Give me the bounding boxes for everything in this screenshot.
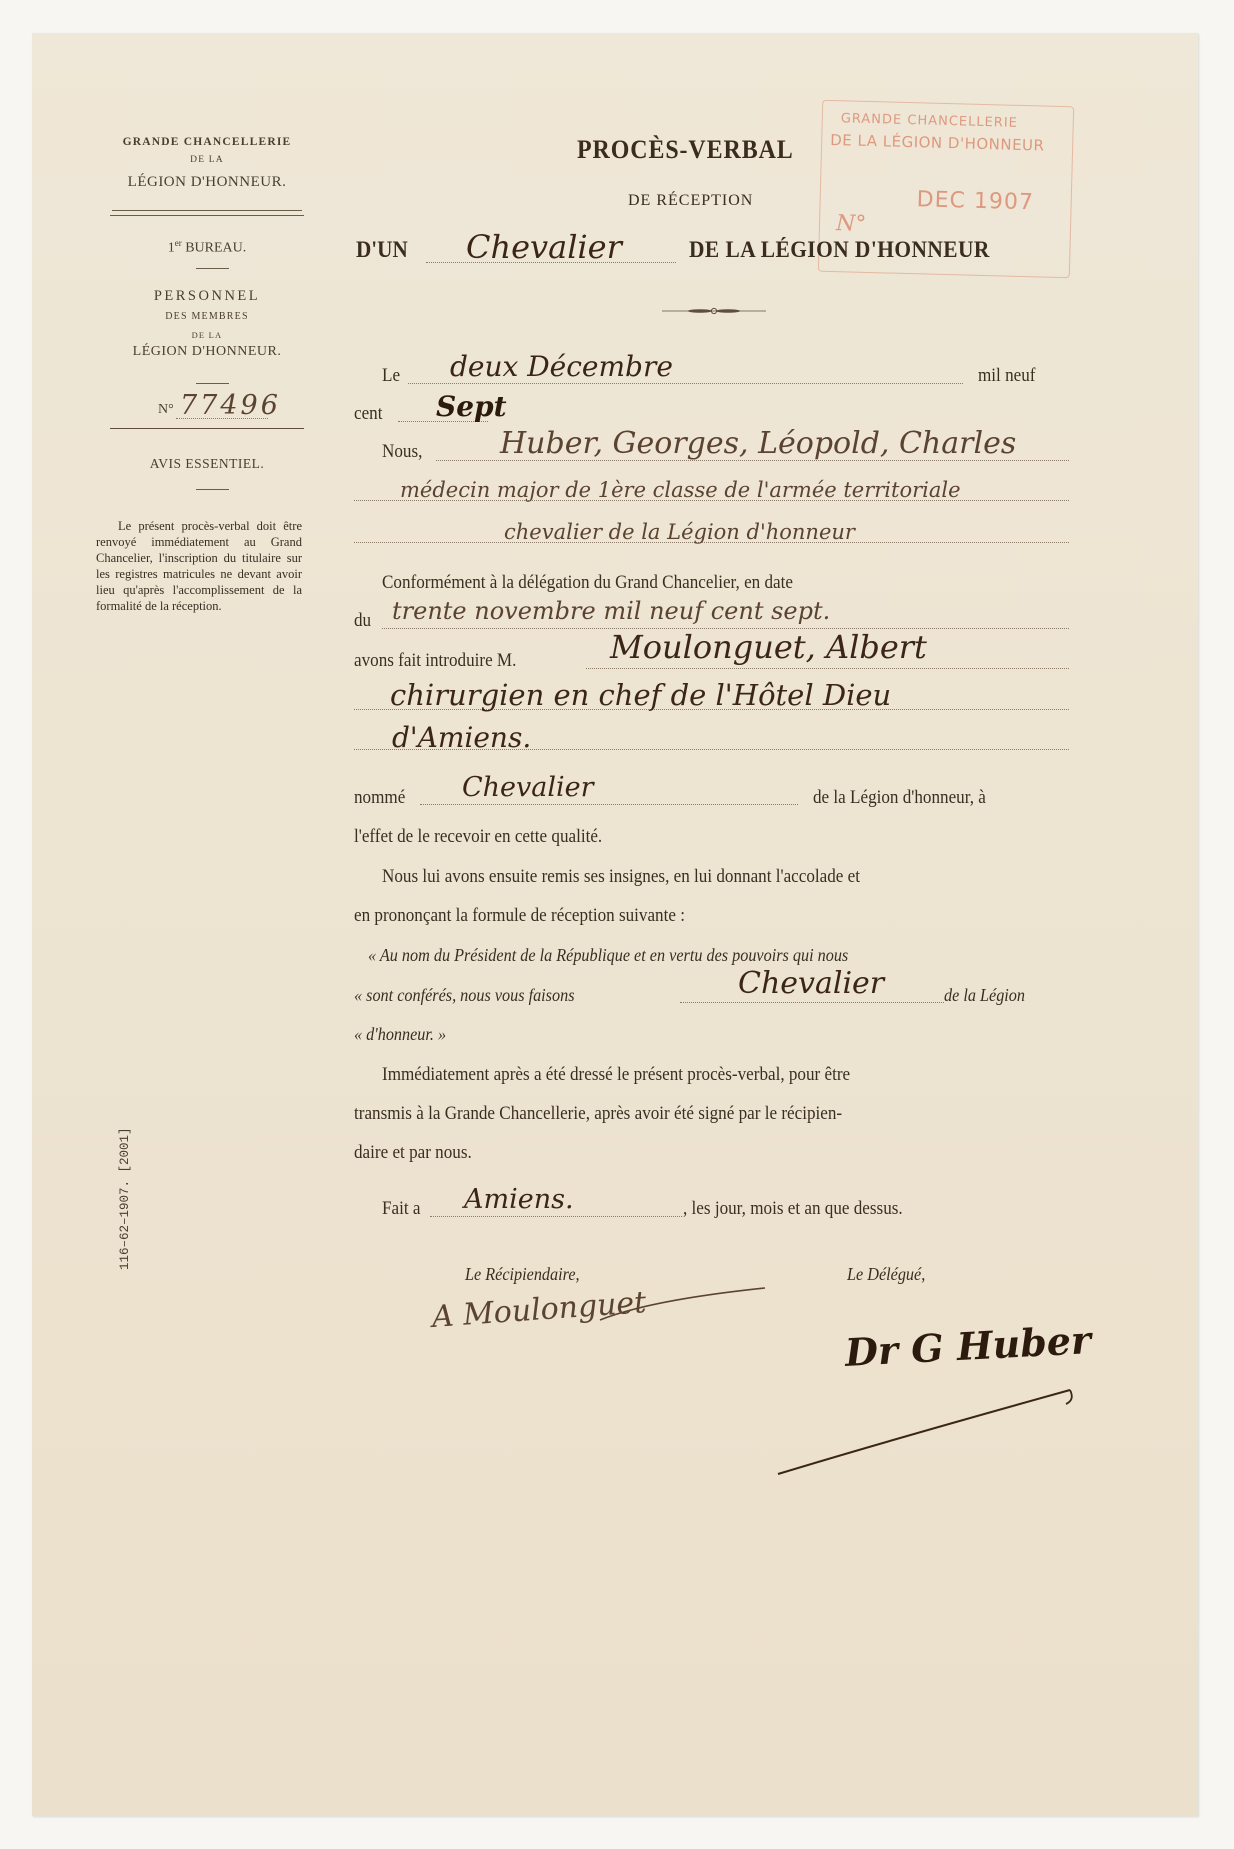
de-la-legion-text: de la Légion d'honneur, à	[813, 787, 986, 809]
conformement-text: Conformément à la délégation du Grand Ch…	[382, 572, 793, 594]
header-rule-1	[112, 210, 302, 211]
recipient-field-line1	[586, 668, 1069, 669]
stamp-number: N°	[836, 211, 867, 237]
insignes-line2: en prononçant la formule de réception su…	[354, 905, 685, 927]
avis-paragraph: Le présent procès-verbal doit être renvo…	[96, 518, 302, 614]
recipiendaire-signature-flourish	[590, 1280, 770, 1340]
bureau-superscript: er	[175, 238, 182, 248]
bureau-text: BUREAU.	[182, 241, 247, 256]
short-rule-3	[196, 489, 229, 490]
nous-label: Nous,	[382, 441, 422, 463]
delegue-label: Le Délégué,	[847, 1264, 925, 1285]
title-prefix: D'UN	[356, 237, 408, 263]
avis-title: AVIS ESSENTIEL.	[112, 456, 302, 472]
place-handwritten: Amiens.	[464, 1184, 574, 1215]
insignes-line1: Nous lui avons ensuite remis ses insigne…	[382, 866, 860, 888]
le-label: Le	[382, 365, 400, 387]
recipient-place: d'Amiens.	[392, 721, 531, 754]
short-rule-1	[196, 268, 229, 269]
formule-line3: « d'honneur. »	[354, 1024, 446, 1045]
date-field-line	[408, 383, 963, 384]
place-field-line	[430, 1216, 682, 1217]
formule-line2-end: de la Légion	[944, 985, 1025, 1006]
nomme-label: nommé	[354, 787, 405, 809]
stamp-date: DEC 1907	[916, 187, 1034, 215]
title-suffix: DE LA LÉGION D'HONNEUR	[689, 237, 990, 263]
recipient-name: Moulonguet, Albert	[610, 628, 927, 666]
left-header-line2: DE LA	[112, 155, 302, 165]
delegue-signature-flourish	[770, 1370, 1080, 1490]
bureau-number: 1	[168, 241, 175, 256]
formule-rank-line	[680, 1002, 944, 1003]
effet-text: l'effet de le recevoir en cette qualité.	[354, 826, 602, 848]
recipient-title: chirurgien en chef de l'Hôtel Dieu	[390, 678, 891, 712]
left-header-line1: GRANDE CHANCELLERIE	[112, 136, 302, 148]
formule-rank: Chevalier	[738, 966, 884, 1001]
cent-label: cent	[354, 403, 382, 425]
document-subtitle: DE RÉCEPTION	[628, 192, 753, 210]
mil-neuf-label: mil neuf	[978, 365, 1035, 387]
nomme-field-line	[420, 804, 798, 805]
introduire-label: avons fait introduire M.	[354, 650, 516, 672]
number-prefix: N°	[158, 402, 174, 418]
de-la-label: DE LA	[112, 330, 302, 340]
formule-line1: « Au nom du Président de la République e…	[368, 945, 848, 966]
number-underline	[110, 428, 304, 429]
personnel-label: PERSONNEL	[112, 288, 302, 305]
short-rule-2	[196, 383, 229, 384]
recipiendaire-label: Le Récipiendaire,	[465, 1264, 580, 1285]
left-header-line3: LÉGION D'HONNEUR.	[112, 174, 302, 191]
delegate-decoration: chevalier de la Légion d'honneur	[504, 520, 855, 544]
legion-label: LÉGION D'HONNEUR.	[112, 344, 302, 360]
delegate-title: médecin major de 1ère classe de l'armée …	[400, 478, 961, 502]
immediat-line2: transmis à la Grande Chancellerie, après…	[354, 1103, 842, 1125]
document-title: PROCÈS-VERBAL	[577, 135, 794, 165]
registration-number: 77496	[180, 390, 281, 421]
date-handwritten: deux Décembre	[450, 350, 673, 383]
year-handwritten: Sept	[436, 390, 507, 423]
header-rule-2	[110, 215, 304, 216]
immediat-line1: Immédiatement après a été dressé le prés…	[382, 1064, 850, 1086]
fait-a-label: Fait a	[382, 1198, 420, 1220]
nomme-rank: Chevalier	[462, 772, 594, 803]
des-membres-label: DES MEMBRES	[112, 311, 302, 322]
bureau-label: 1er BUREAU.	[112, 238, 302, 257]
delegation-date: trente novembre mil neuf cent sept.	[392, 597, 830, 625]
stamp-line2: DE LA LÉGION D'HONNEUR	[830, 131, 1045, 155]
delegate-name: Huber, Georges, Léopold, Charles	[500, 426, 1016, 461]
stamp-line1: GRANDE CHANCELLERIE	[841, 111, 1018, 131]
form-code: 116–62–1907. [2001]	[118, 1127, 132, 1270]
immediat-line3: daire et par nous.	[354, 1142, 472, 1164]
formule-line2-start: « sont conférés, nous vous faisons	[354, 985, 575, 1006]
du-label: du	[354, 610, 371, 632]
ornament-divider	[662, 307, 766, 315]
fait-suffix: , les jour, mois et an que dessus.	[683, 1198, 903, 1220]
rank-handwritten: Chevalier	[466, 228, 622, 266]
